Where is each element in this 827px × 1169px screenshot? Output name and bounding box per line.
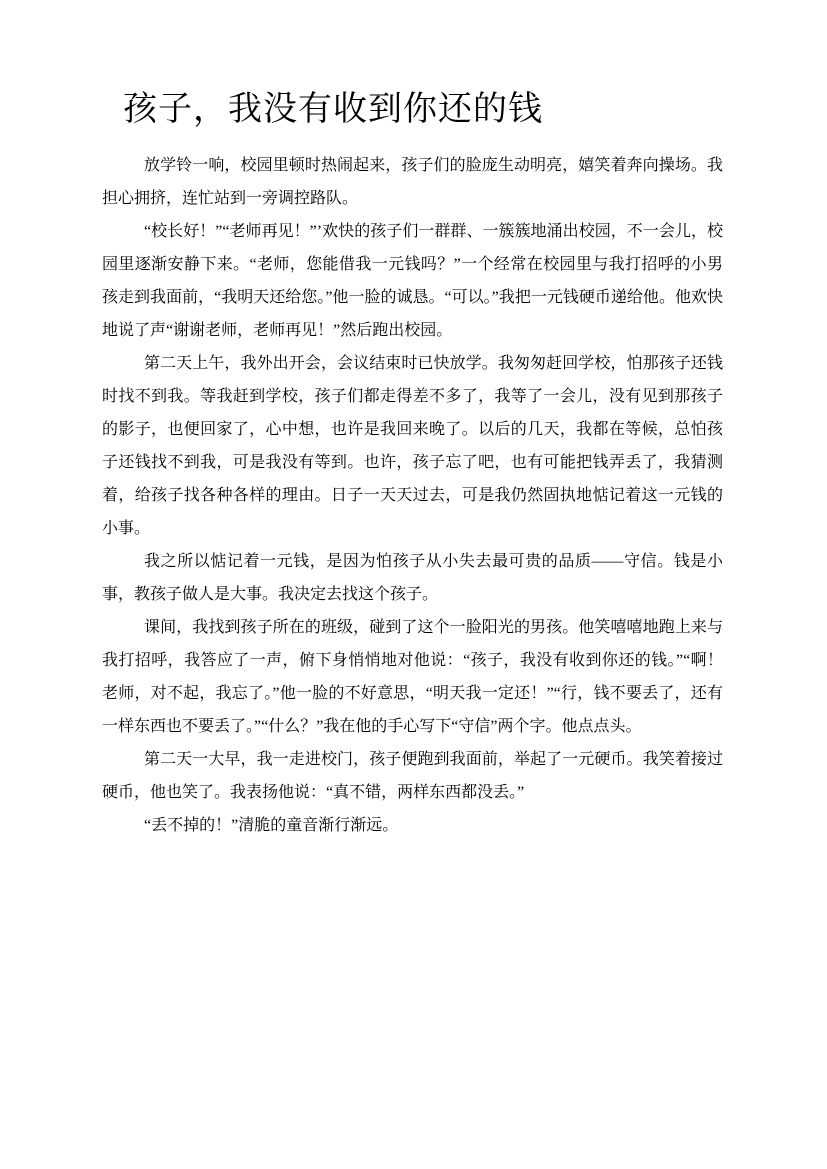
document-title: 孩子，我没有收到你还的钱 [123, 88, 723, 132]
paragraph: 课间，我找到孩子所在的班级，碰到了这个一脸阳光的男孩。他笑嘻嘻地跑上来与我打招呼… [102, 611, 723, 743]
paragraph: 放学铃一响，校园里顿时热闹起来，孩子们的脸庞生动明亮，嬉笑着奔向操场。我担心拥挤… [102, 149, 723, 215]
paragraph: “丢不掉的！”清脆的童音渐行渐远。 [102, 809, 723, 842]
document-content: 孩子，我没有收到你还的钱 放学铃一响，校园里顿时热闹起来，孩子们的脸庞生动明亮，… [102, 88, 723, 842]
document-body: 放学铃一响，校园里顿时热闹起来，孩子们的脸庞生动明亮，嬉笑着奔向操场。我担心拥挤… [102, 149, 723, 842]
paragraph: 我之所以惦记着一元钱，是因为怕孩子从小失去最可贵的品质——守信。钱是小事，教孩子… [102, 545, 723, 611]
document-page: 孩子，我没有收到你还的钱 放学铃一响，校园里顿时热闹起来，孩子们的脸庞生动明亮，… [0, 0, 827, 1169]
paragraph: 第二天上午，我外出开会，会议结束时已快放学。我匆匆赶回学校，怕那孩子还钱时找不到… [102, 347, 723, 545]
paragraph: 第二天一大早，我一走进校门，孩子便跑到我面前，举起了一元硬币。我笑着接过硬币，他… [102, 743, 723, 809]
paragraph: “校长好！”“老师再见！”’欢快的孩子们一群群、一簇簇地涌出校园，不一会儿，校园… [102, 215, 723, 347]
